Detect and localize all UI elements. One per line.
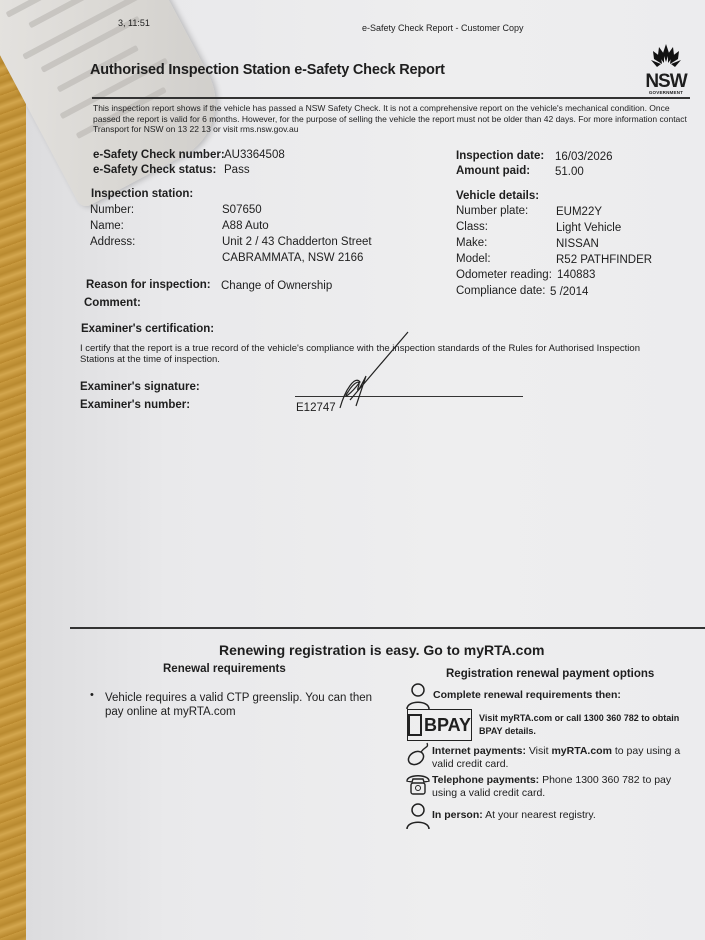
signature-scribble <box>320 330 420 410</box>
make-value: NISSAN <box>556 238 599 250</box>
station-name-label: Name: <box>90 220 124 232</box>
requirements-heading: Renewal requirements <box>163 663 286 675</box>
bpay-logo: BPAY <box>407 709 472 741</box>
waratah-icon <box>649 42 683 68</box>
signature-label: Examiner's signature: <box>80 381 200 393</box>
model-value: R52 PATHFINDER <box>556 254 652 266</box>
odometer-label: Odometer reading: <box>456 269 552 281</box>
model-label: Model: <box>456 253 491 265</box>
amount-paid-label: Amount paid: <box>456 165 530 177</box>
print-time: 3, 11:51 <box>118 18 150 28</box>
in-person: In person: At your nearest registry. <box>432 809 596 821</box>
in-person-icon <box>404 802 432 830</box>
myrta-link[interactable]: myRTA.com <box>551 745 611 757</box>
station-name: A88 Auto <box>222 220 269 232</box>
examiner-number-label: Examiner's number: <box>80 399 190 411</box>
inspection-date-label: Inspection date: <box>456 150 544 162</box>
class-value: Light Vehicle <box>556 222 621 234</box>
payment-heading: Registration renewal payment options <box>446 668 654 680</box>
amount-paid: 51.00 <box>555 166 584 178</box>
check-number-label: e-Safety Check number: <box>93 149 225 161</box>
bpay-text: Visit myRTA.com or call 1300 360 782 to … <box>479 712 699 738</box>
station-address-line2: CABRAMMATA, NSW 2166 <box>222 252 363 264</box>
header-divider <box>92 97 690 99</box>
station-address-line1: Unit 2 / 43 Chadderton Street <box>222 236 372 248</box>
station-number-label: Number: <box>90 204 134 216</box>
person-icon <box>404 682 432 710</box>
make-label: Make: <box>456 237 487 249</box>
class-label: Class: <box>456 221 488 233</box>
odometer-value: 140883 <box>557 269 595 281</box>
station-address-label: Address: <box>90 236 135 248</box>
bullet-icon: • <box>90 689 94 701</box>
vehicle-heading: Vehicle details: <box>456 190 539 202</box>
compliance-label: Compliance date: <box>456 285 546 297</box>
check-status: Pass <box>224 164 250 176</box>
check-number: AU3364508 <box>224 149 285 161</box>
copy-label: e-Safety Check Report - Customer Copy <box>362 23 524 33</box>
renewal-banner: Renewing registration is easy. Go to myR… <box>219 642 544 658</box>
intro-text: This inspection report shows if the vehi… <box>93 103 693 135</box>
telephone-payments: Telephone payments: Phone 1300 360 782 t… <box>432 774 697 800</box>
station-heading: Inspection station: <box>91 188 193 200</box>
station-number: S07650 <box>222 204 262 216</box>
reason-value: Change of Ownership <box>221 280 332 292</box>
plate-value: EUM22Y <box>556 206 602 218</box>
renewal-divider <box>70 627 705 629</box>
telephone-icon <box>405 772 431 796</box>
nsw-government-logo: NSW GOVERNMENT <box>642 42 690 95</box>
reason-label: Reason for inspection: <box>86 279 211 291</box>
internet-payments: Internet payments: Visit myRTA.com to pa… <box>432 745 697 771</box>
page-title: Authorised Inspection Station e-Safety C… <box>90 62 445 78</box>
complete-text: Complete renewal requirements then: <box>433 689 621 701</box>
plate-label: Number plate: <box>456 205 528 217</box>
compliance-value: 5 /2014 <box>550 286 588 298</box>
mouse-icon <box>405 742 431 768</box>
requirement-item: Vehicle requires a valid CTP greenslip. … <box>105 692 390 719</box>
bpay-icon <box>408 714 422 736</box>
examiner-number: E12747 <box>296 402 336 414</box>
check-status-label: e-Safety Check status: <box>93 164 216 176</box>
certification-heading: Examiner's certification: <box>81 323 214 335</box>
inspection-date: 16/03/2026 <box>555 151 613 163</box>
comment-label: Comment: <box>84 297 141 309</box>
